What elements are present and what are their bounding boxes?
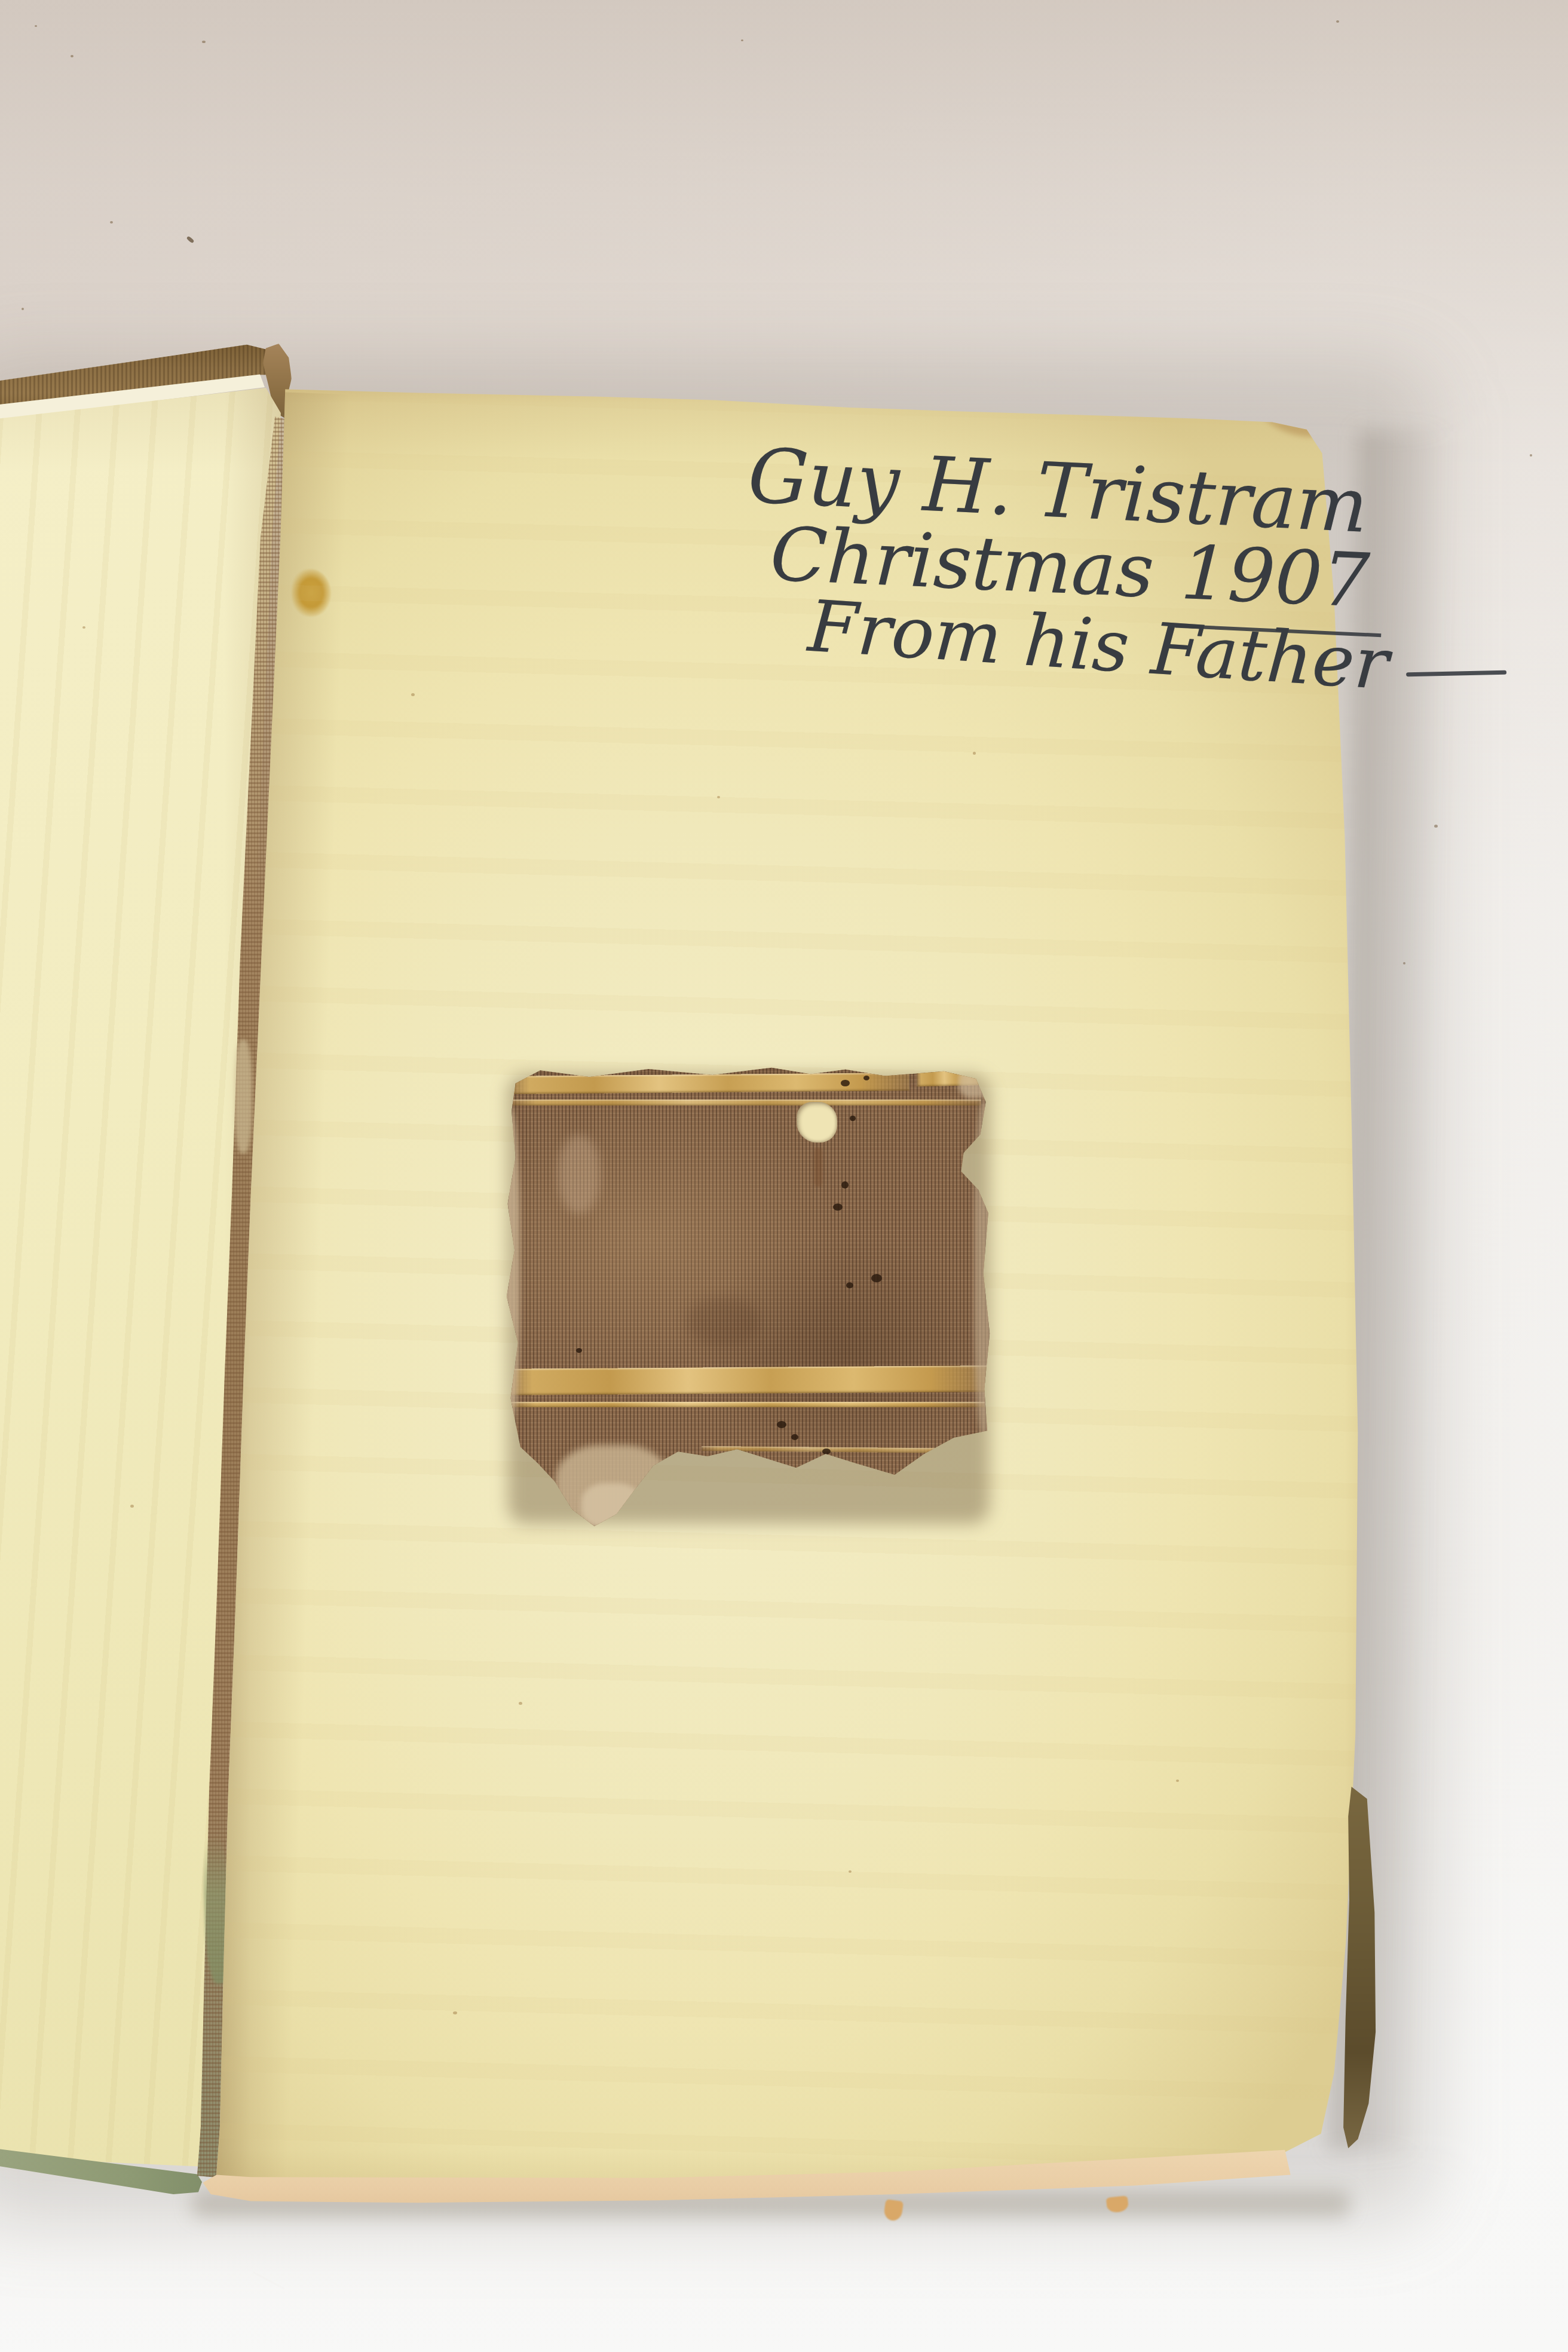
background-speck — [202, 41, 206, 43]
page-stain-yellow — [292, 569, 331, 617]
fabric-spot — [576, 1348, 582, 1353]
fabric-hole — [797, 1102, 837, 1143]
page-speck — [519, 1702, 522, 1705]
fabric-spot — [777, 1421, 786, 1428]
fabric-spot — [841, 1181, 849, 1189]
fabric-smudge-light — [558, 1135, 600, 1213]
background-speck — [35, 25, 37, 27]
gilt-line-top — [508, 1100, 981, 1105]
page-speck — [130, 1505, 134, 1508]
page-speck — [1176, 1780, 1179, 1782]
fabric-spot — [841, 1080, 850, 1086]
page-speck — [453, 2011, 457, 2014]
page-speck — [849, 1870, 852, 1873]
background-speck — [1530, 454, 1532, 457]
background-speck — [741, 39, 743, 41]
background-speck — [22, 308, 24, 310]
photo-open-book: Guy H. Tristram Christmas 1907 From his … — [0, 0, 1568, 2352]
fabric-spot — [871, 1274, 882, 1282]
fabric-smudge-dark — [687, 1298, 759, 1346]
inscription: Guy H. Tristram Christmas 1907 From his … — [700, 426, 1391, 733]
page-speck — [973, 752, 976, 755]
background-scratch — [253, 2271, 285, 2290]
fabric-spot — [846, 1282, 853, 1288]
fabric-hole-streak — [814, 1147, 822, 1187]
fabric-spot — [822, 1448, 831, 1454]
inscription-flourish-dash — [1406, 670, 1506, 677]
background-speck — [186, 236, 195, 244]
page-speck — [411, 693, 415, 696]
background-speck — [71, 55, 73, 57]
fabric-spot — [863, 1076, 869, 1080]
background-speck — [1336, 20, 1339, 23]
fabric-spot — [850, 1116, 856, 1121]
fabric-spot — [791, 1434, 798, 1440]
hinge-fray-pale — [234, 1040, 252, 1153]
page-speck — [82, 626, 85, 629]
background-speck — [110, 221, 113, 223]
page-speck — [717, 796, 720, 798]
gilt-band-bottom — [503, 1365, 990, 1395]
fabric-spot — [833, 1203, 843, 1211]
gilt-line-bottom — [507, 1402, 985, 1407]
